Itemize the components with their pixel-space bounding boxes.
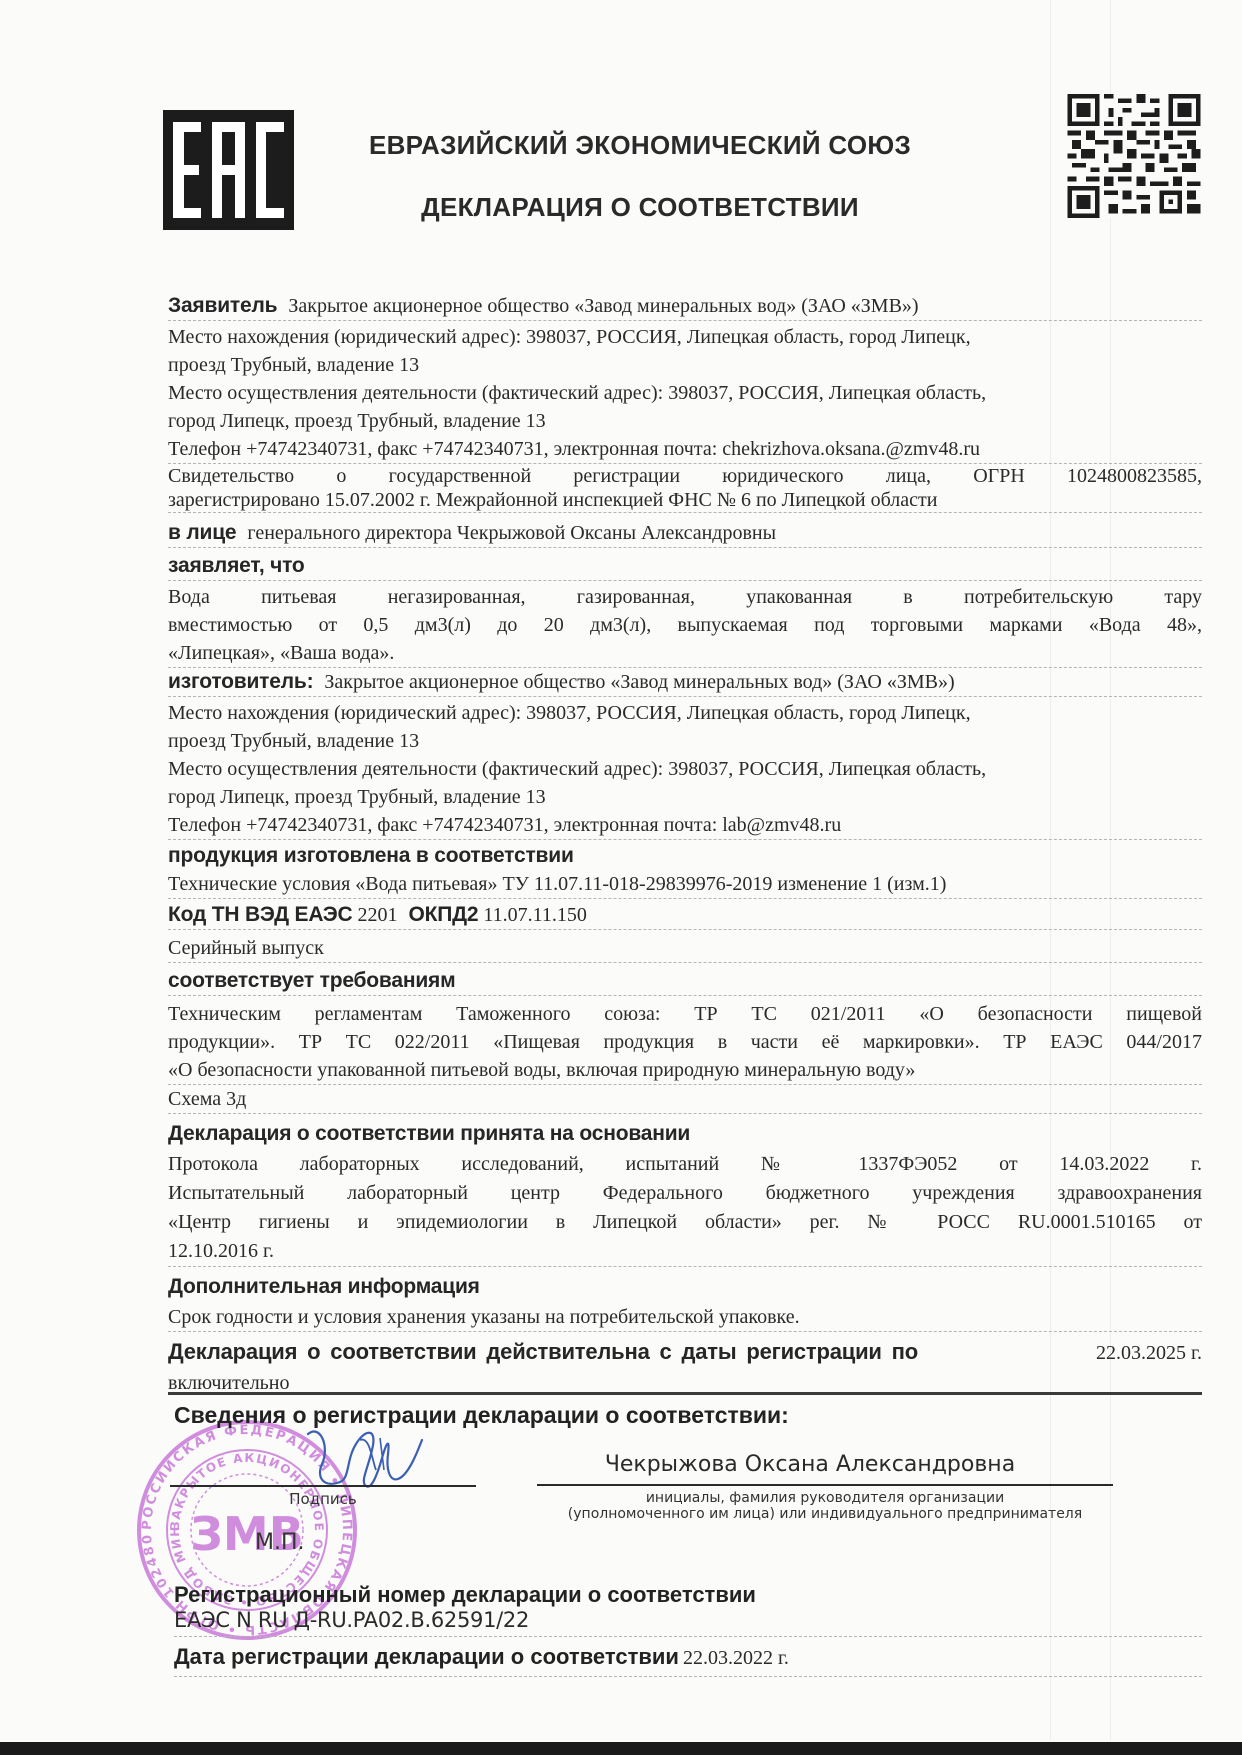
manufacturer-actual-address-line-2: город Липецк, проезд Трубный, владение 1… bbox=[168, 783, 1202, 811]
signature-icon bbox=[300, 1420, 430, 1500]
additional-label-row: Дополнительная информация bbox=[168, 1273, 1202, 1301]
produced-per-value: Технические условия «Вода питьевая» ТУ 1… bbox=[168, 870, 1202, 899]
registration-number-value: ЕАЭС N RU Д-RU.PA02.B.62591/22 bbox=[174, 1608, 1202, 1632]
registration-date-block: Дата регистрации декларации о соответств… bbox=[174, 1644, 1202, 1677]
registration-date-label: Дата регистрации декларации о соответств… bbox=[174, 1644, 679, 1669]
declaration-page: ЕВРАЗИЙСКИЙ ЭКОНОМИЧЕСКИЙ СОЮЗ ДЕКЛАРАЦИ… bbox=[0, 0, 1242, 1755]
registration-date-value: 22.03.2022 г. bbox=[683, 1647, 789, 1669]
seal-placeholder-label: М.П. bbox=[255, 1530, 305, 1555]
validity-row: Декларация о соответствии действительна … bbox=[168, 1338, 1202, 1367]
applicant-actual-address-line-1: Место осуществления деятельности (фактич… bbox=[168, 379, 1202, 407]
additional-label: Дополнительная информация bbox=[168, 1275, 480, 1298]
applicant-actual-address: Место осуществления деятельности (фактич… bbox=[168, 379, 1202, 435]
registration-info-title: Сведения о регистрации декларации о соот… bbox=[174, 1402, 1202, 1429]
manufacturer-actual-address: Место осуществления деятельности (фактич… bbox=[168, 755, 1202, 811]
union-title: ЕВРАЗИЙСКИЙ ЭКОНОМИЧЕСКИЙ СОЮЗ bbox=[300, 130, 980, 161]
declares-label: заявляет, что bbox=[168, 554, 305, 577]
applicant-legal-address: Место нахождения (юридический адрес): 39… bbox=[168, 323, 1202, 379]
manufacturer-legal-address-line-1: Место нахождения (юридический адрес): 39… bbox=[168, 699, 1202, 727]
section-divider bbox=[168, 1392, 1202, 1395]
scan-edge-bar bbox=[0, 1742, 1242, 1755]
applicant-registration-line-1: Свидетельство о государственной регистра… bbox=[168, 464, 1202, 488]
tnved-value: 2201 bbox=[358, 904, 398, 926]
complies-line-3: «О безопасности упакованной питьевой вод… bbox=[168, 1056, 1202, 1084]
complies-label-row: соответствует требованиям bbox=[168, 967, 1202, 996]
represented-by-label: в лице bbox=[168, 521, 236, 544]
manufacturer-actual-address-line-1: Место осуществления деятельности (фактич… bbox=[168, 755, 1202, 783]
okpd-label: ОКПД2 bbox=[409, 903, 479, 926]
registration-number-label: Регистрационный номер декларации о соотв… bbox=[174, 1582, 1202, 1608]
product-description-line-2: вместимостью от 0,5 дм3(л) до 20 дм3(л),… bbox=[168, 611, 1202, 639]
applicant-registration: Свидетельство о государственной регистра… bbox=[168, 464, 1202, 513]
declaration-body: Заявитель Закрытое акционерное общество … bbox=[168, 292, 1202, 1397]
applicant-name: Закрытое акционерное общество «Завод мин… bbox=[288, 295, 918, 317]
basis-line-2: Испытательный лабораторный центр Федерал… bbox=[168, 1179, 1202, 1208]
director-caption-line-2: (уполномоченного им лица) или индивидуал… bbox=[537, 1506, 1113, 1522]
validity-date: 22.03.2025 г. bbox=[1096, 1339, 1202, 1367]
director-caption: инициалы, фамилия руководителя организац… bbox=[537, 1490, 1113, 1522]
complies-line-1: Техническим регламентам Таможенного союз… bbox=[168, 1000, 1202, 1028]
complies-label: соответствует требованиям bbox=[168, 969, 455, 992]
director-caption-line-1: инициалы, фамилия руководителя организац… bbox=[537, 1490, 1113, 1506]
produced-per-label: продукция изготовлена в соответствии bbox=[168, 844, 574, 867]
produced-per-label-row: продукция изготовлена в соответствии bbox=[168, 842, 1202, 870]
manufacturer-legal-address-line-2: проезд Трубный, владение 13 bbox=[168, 727, 1202, 755]
codes-row: Код ТН ВЭД ЕАЭС 2201 ОКПД2 11.07.11.150 bbox=[168, 901, 1202, 930]
declares-label-row: заявляет, что bbox=[168, 552, 1202, 581]
basis-label-row: Декларация о соответствии принята на осн… bbox=[168, 1120, 1202, 1148]
complies-line-2: продукции». ТР ТС 022/2011 «Пищевая прод… bbox=[168, 1028, 1202, 1056]
additional-value: Срок годности и условия хранения указаны… bbox=[168, 1303, 1202, 1332]
applicant-legal-address-line-1: Место нахождения (юридический адрес): 39… bbox=[168, 323, 1202, 351]
manufacturer-row: изготовитель: Закрытое акционерное общес… bbox=[168, 668, 1202, 697]
product-description-line-3: «Липецкая», «Ваша вода». bbox=[168, 639, 1202, 667]
validity-label: Декларация о соответствии действительна … bbox=[168, 1338, 918, 1366]
basis-text: Протокола лабораторных исследований, исп… bbox=[168, 1150, 1202, 1267]
basis-label: Декларация о соответствии принята на осн… bbox=[168, 1122, 690, 1145]
scheme: Схема 3д bbox=[168, 1085, 1202, 1114]
document-title: ДЕКЛАРАЦИЯ О СООТВЕТСТВИИ bbox=[300, 192, 980, 223]
basis-line-3: «Центр гигиены и эпидемиологии в Липецко… bbox=[168, 1208, 1202, 1237]
registration-info-section: Сведения о регистрации декларации о соот… bbox=[174, 1402, 1202, 1429]
eac-mark-icon bbox=[163, 110, 294, 230]
director-name: Чекрыжова Оксана Александровна bbox=[540, 1452, 1080, 1477]
tnved-label: Код ТН ВЭД ЕАЭС bbox=[168, 903, 353, 926]
basis-line-4: 12.10.2016 г. bbox=[168, 1237, 1202, 1266]
applicant-legal-address-line-2: проезд Трубный, владение 13 bbox=[168, 351, 1202, 379]
manufacturer-label: изготовитель: bbox=[168, 670, 313, 693]
eac-logo bbox=[163, 110, 294, 230]
represented-by-value: генерального директора Чекрыжовой Оксаны… bbox=[247, 522, 776, 544]
applicant-registration-line-2: зарегистрировано 15.07.2002 г. Межрайонн… bbox=[168, 488, 1202, 512]
manufacturer-legal-address: Место нахождения (юридический адрес): 39… bbox=[168, 699, 1202, 755]
manufacturer-contacts: Телефон +74742340731, факс +74742340731,… bbox=[168, 811, 1202, 840]
qr-code-icon bbox=[1066, 94, 1202, 218]
signature-line bbox=[170, 1485, 476, 1487]
qr-code[interactable] bbox=[1066, 94, 1202, 218]
applicant-actual-address-line-2: город Липецк, проезд Трубный, владение 1… bbox=[168, 407, 1202, 435]
release-type: Серийный выпуск bbox=[168, 934, 1202, 963]
manufacturer-name: Закрытое акционерное общество «Завод мин… bbox=[324, 671, 954, 693]
okpd-value: 11.07.11.150 bbox=[483, 904, 587, 926]
signature-caption: Подпись bbox=[170, 1490, 476, 1508]
applicant-label: Заявитель bbox=[168, 294, 277, 317]
represented-by-row: в лице генерального директора Чекрыжовой… bbox=[168, 519, 1202, 548]
product-description: Вода питьевая негазированная, газированн… bbox=[168, 583, 1202, 668]
complies-regulations: Техническим регламентам Таможенного союз… bbox=[168, 1000, 1202, 1085]
applicant-row: Заявитель Закрытое акционерное общество … bbox=[168, 292, 1202, 321]
product-description-line-1: Вода питьевая негазированная, газированн… bbox=[168, 583, 1202, 611]
director-name-line bbox=[537, 1484, 1113, 1486]
registration-number-block: Регистрационный номер декларации о соотв… bbox=[174, 1582, 1202, 1637]
applicant-contacts: Телефон +74742340731, факс +74742340731,… bbox=[168, 435, 1202, 464]
basis-line-1: Протокола лабораторных исследований, исп… bbox=[168, 1150, 1202, 1179]
